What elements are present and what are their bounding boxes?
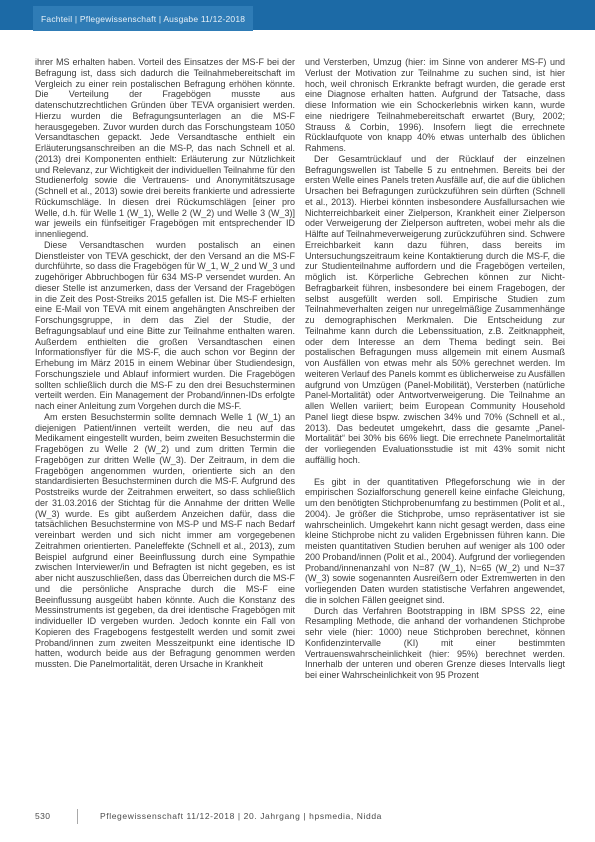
paragraph-section-start: Es gibt in der quantitativen Pflegeforsc… <box>305 477 565 606</box>
header-running-title: Fachteil | Pflegewissenschaft | Ausgabe … <box>41 14 245 24</box>
footer-divider <box>77 809 78 824</box>
paragraph: Durch das Verfahren Bootstrapping in IBM… <box>305 606 565 681</box>
paragraph: Am ersten Besuchstermin sollte demnach W… <box>35 412 295 670</box>
journal-page: Fachteil | Pflegewissenschaft | Ausgabe … <box>0 0 595 842</box>
page-body: ihrer MS erhalten haben. Vorteil des Ein… <box>35 57 565 804</box>
paragraph: Diese Versandtaschen wurden postalisch a… <box>35 240 295 412</box>
header-label-box: Fachteil | Pflegewissenschaft | Ausgabe … <box>33 6 253 31</box>
page-number: 530 <box>35 811 65 821</box>
column-left: ihrer MS erhalten haben. Vorteil des Ein… <box>35 57 295 804</box>
page-footer: 530 Pflegewissenschaft 11/12-2018 | 20. … <box>35 808 565 824</box>
paragraph: Der Gesamtrücklauf und der Rücklauf der … <box>305 154 565 466</box>
paragraph-continued: und Versterben, Umzug (hier: im Sinne vo… <box>305 57 565 154</box>
footer-journal-info: Pflegewissenschaft 11/12-2018 | 20. Jahr… <box>100 811 382 821</box>
column-right: und Versterben, Umzug (hier: im Sinne vo… <box>305 57 565 804</box>
page-header-bar: Fachteil | Pflegewissenschaft | Ausgabe … <box>0 0 595 30</box>
paragraph-continued: ihrer MS erhalten haben. Vorteil des Ein… <box>35 57 295 240</box>
